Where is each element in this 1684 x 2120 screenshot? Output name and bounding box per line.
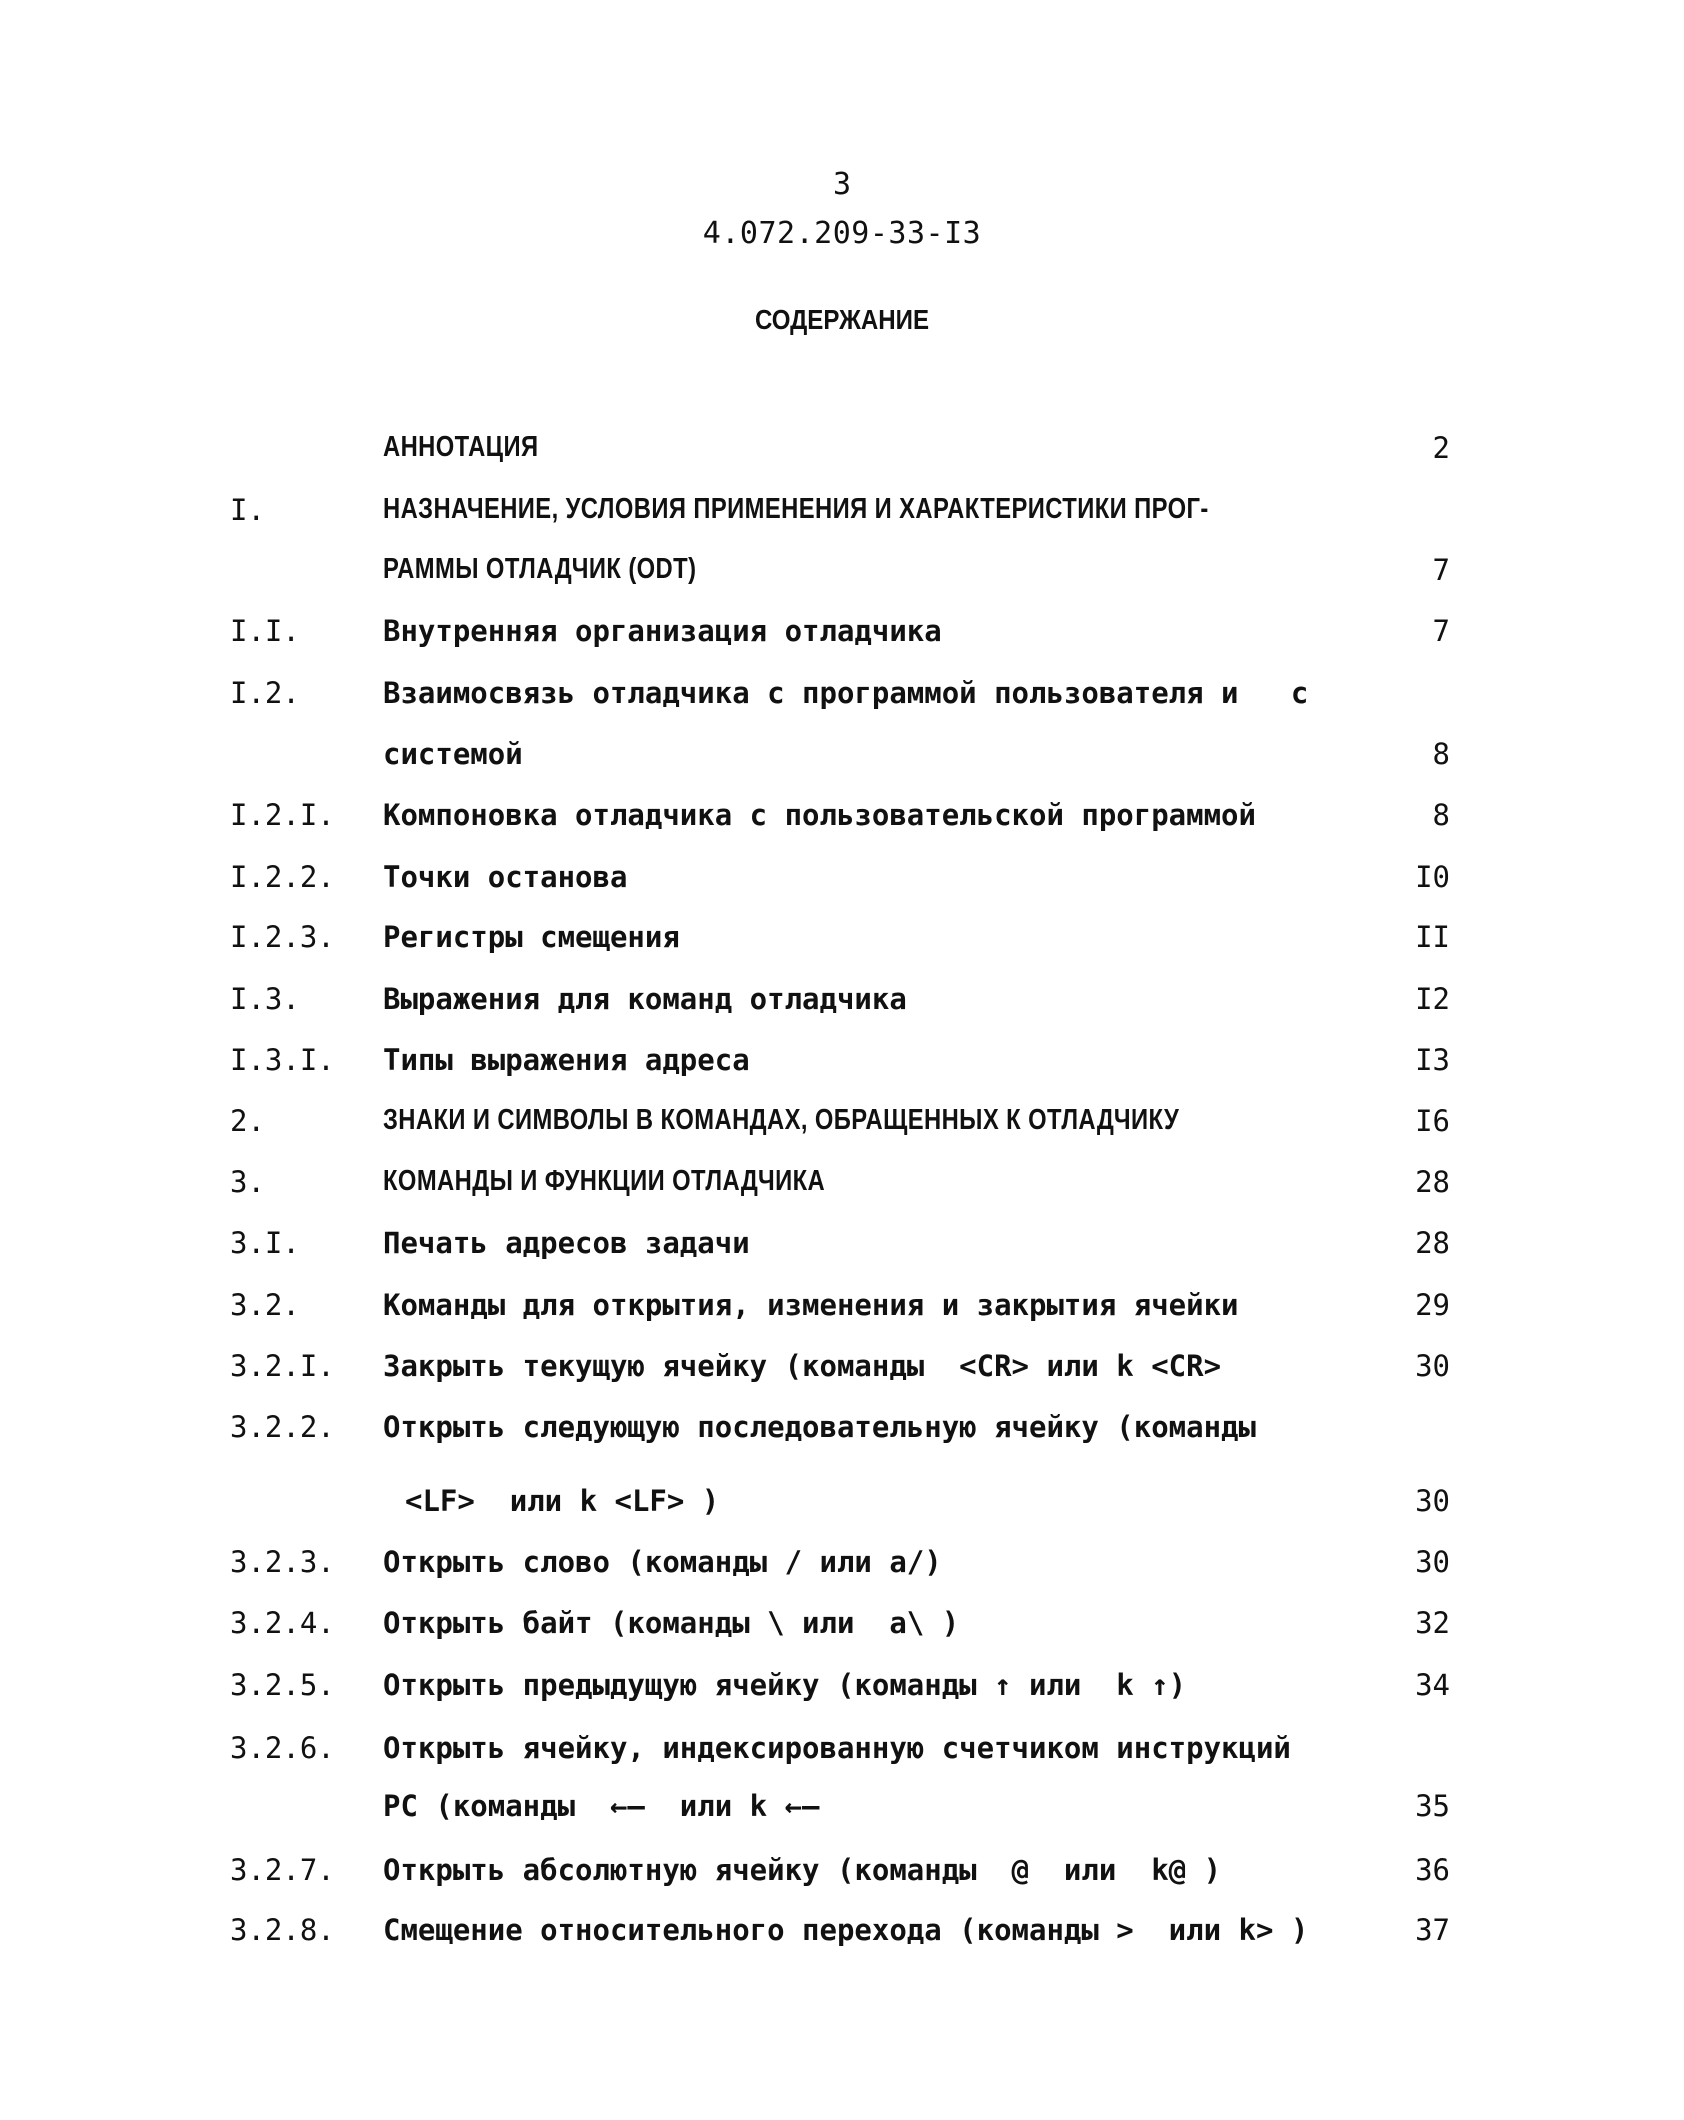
toc-entry-page: 30 (1415, 1349, 1450, 1383)
toc-entry-page: 28 (1415, 1165, 1450, 1199)
toc-entry-number: I. (230, 493, 265, 527)
toc-entry-page: 7 (1433, 614, 1450, 648)
toc-entry-title: РАММЫ ОТЛАДЧИК (ODT) (383, 553, 696, 586)
toc-entry-title: Открыть байт (команды \ или a\ ) (383, 1606, 959, 1640)
toc-entry: 3.2.8.Смещение относительного перехода (… (0, 1913, 1684, 1953)
toc-entry-page: 28 (1415, 1226, 1450, 1260)
toc-entry: АННОТАЦИЯ2 (0, 431, 1684, 471)
toc-entry-page: 2 (1433, 431, 1450, 465)
toc-entry-title: Открыть предыдущую ячейку (команды ↑ или… (383, 1668, 1186, 1702)
toc-entry: 3.I.Печать адресов задачи28 (0, 1226, 1684, 1266)
toc-entry: 3.2.6.Открыть ячейку, индексированную сч… (0, 1731, 1684, 1771)
toc-entry-title: Команды для открытия, изменения и закрыт… (383, 1288, 1239, 1322)
toc-entry: 3.2.2.Открыть следующую последовательную… (0, 1410, 1684, 1450)
toc-entry-title: Открыть следующую последовательную ячейк… (383, 1410, 1256, 1444)
toc-entry-number: 3.2.6. (230, 1731, 335, 1765)
toc-entry-title: АННОТАЦИЯ (383, 431, 538, 464)
toc-entry-page: 34 (1415, 1668, 1450, 1702)
toc-entry-page: 32 (1415, 1606, 1450, 1640)
toc-entry-number: I.2. (230, 676, 300, 710)
toc-entry: системой8 (0, 737, 1684, 777)
toc-entry: 3.2.7.Открыть абсолютную ячейку (команды… (0, 1853, 1684, 1893)
toc-entry-number: I.I. (230, 614, 300, 648)
toc-entry: РАММЫ ОТЛАДЧИК (ODT)7 (0, 553, 1684, 593)
toc-entry-page: 36 (1415, 1853, 1450, 1887)
toc-entry-title: Закрыть текущую ячейку (команды <CR> или… (383, 1349, 1221, 1383)
toc-entry-number: I.3. (230, 982, 300, 1016)
toc-entry: 3.2.4.Открыть байт (команды \ или a\ )32 (0, 1606, 1684, 1646)
toc-title: СОДЕРЖАНИЕ (118, 306, 1566, 334)
toc-entry-title: Типы выражения адреса (383, 1043, 750, 1077)
toc-entry-title: Компоновка отладчика с пользовательской … (383, 798, 1256, 832)
toc-entry-page: 30 (1415, 1545, 1450, 1579)
toc-entry-page: I3 (1415, 1043, 1450, 1077)
toc-entry: I.3.Выражения для команд отладчикаI2 (0, 982, 1684, 1022)
toc-entry-number: 3. (230, 1165, 265, 1199)
toc-entry: 3.КОМАНДЫ И ФУНКЦИИ ОТЛАДЧИКА28 (0, 1165, 1684, 1205)
toc-entry-title: Внутренняя организация отладчика (383, 614, 942, 648)
toc-entry-number: 3.2.5. (230, 1668, 335, 1702)
toc-entry-title: системой (383, 737, 523, 771)
toc-entry-page: 29 (1415, 1288, 1450, 1322)
toc-entry: I.2.Взаимосвязь отладчика с программой п… (0, 676, 1684, 716)
toc-entry: I.2.3.Регистры смещенияII (0, 920, 1684, 960)
toc-entry-title: Выражения для команд отладчика (383, 982, 907, 1016)
toc-entry-number: 3.2.2. (230, 1410, 335, 1444)
toc-entry-title: PC (команды ←— или k ←— (383, 1789, 820, 1823)
toc-entry-number: I.2.I. (230, 798, 335, 832)
toc-entry-number: I.2.3. (230, 920, 335, 954)
toc-entry-page: 8 (1433, 737, 1450, 771)
toc-entry-number: 3.2.3. (230, 1545, 335, 1579)
toc-entry-title: Регистры смещения (383, 920, 680, 954)
toc-entry-page: 37 (1415, 1913, 1450, 1947)
toc-entry: 3.2.3.Открыть слово (команды / или a/)30 (0, 1545, 1684, 1585)
toc-entry-number: 3.I. (230, 1226, 300, 1260)
toc-entry: I.3.I.Типы выражения адресаI3 (0, 1043, 1684, 1083)
toc-entry-title: Открыть абсолютную ячейку (команды @ или… (383, 1853, 1221, 1887)
toc-entry-number: 3.2. (230, 1288, 300, 1322)
toc-entry-page: 7 (1433, 553, 1450, 587)
toc-entry-number: 3.2.4. (230, 1606, 335, 1640)
toc-entry-title: Открыть ячейку, индексированную счетчико… (383, 1731, 1291, 1765)
toc-entry-title: Печать адресов задачи (383, 1226, 750, 1260)
toc-entry-title: Смещение относительного перехода (команд… (383, 1913, 1308, 1947)
document-code: 4.072.209-33-I3 (0, 219, 1684, 249)
toc-entry: I.НАЗНАЧЕНИЕ, УСЛОВИЯ ПРИМЕНЕНИЯ И ХАРАК… (0, 493, 1684, 533)
toc-entry-title: Точки останова (383, 860, 627, 894)
toc-entry: <LF> или k <LF> )30 (0, 1484, 1684, 1524)
toc-entry-page: II (1415, 920, 1450, 954)
toc-entry-title: Открыть слово (команды / или a/) (383, 1545, 942, 1579)
toc-entry: I.2.I.Компоновка отладчика с пользовател… (0, 798, 1684, 838)
toc-entry-page: I2 (1415, 982, 1450, 1016)
toc-entry-page: I0 (1415, 860, 1450, 894)
toc-entry-title: НАЗНАЧЕНИЕ, УСЛОВИЯ ПРИМЕНЕНИЯ И ХАРАКТЕ… (383, 493, 1209, 526)
toc-entry-number: I.2.2. (230, 860, 335, 894)
toc-entry-number: 3.2.7. (230, 1853, 335, 1887)
toc-entry: 3.2.I.Закрыть текущую ячейку (команды <C… (0, 1349, 1684, 1389)
toc-entry-title: <LF> или k <LF> ) (405, 1484, 719, 1518)
toc-entry-title: ЗНАКИ И СИМВОЛЫ В КОМАНДАХ, ОБРАЩЕННЫХ К… (383, 1104, 1179, 1137)
toc-entry: 2.ЗНАКИ И СИМВОЛЫ В КОМАНДАХ, ОБРАЩЕННЫХ… (0, 1104, 1684, 1144)
toc-entry-number: I.3.I. (230, 1043, 335, 1077)
toc-entry: PC (команды ←— или k ←—35 (0, 1789, 1684, 1829)
toc-entry-number: 3.2.I. (230, 1349, 335, 1383)
toc-entry-title: Взаимосвязь отладчика с программой польз… (383, 676, 1308, 710)
page-number: 3 (0, 170, 1684, 200)
toc-entry-title: КОМАНДЫ И ФУНКЦИИ ОТЛАДЧИКА (383, 1165, 825, 1198)
toc-entry-page: I6 (1415, 1104, 1450, 1138)
toc-entry-page: 8 (1433, 798, 1450, 832)
toc-entry: 3.2.5.Открыть предыдущую ячейку (команды… (0, 1668, 1684, 1708)
toc-entry: 3.2.Команды для открытия, изменения и за… (0, 1288, 1684, 1328)
toc-entry-page: 35 (1415, 1789, 1450, 1823)
toc-entry-page: 30 (1415, 1484, 1450, 1518)
toc-entry-number: 2. (230, 1104, 265, 1138)
toc-entry: I.I.Внутренняя организация отладчика7 (0, 614, 1684, 654)
toc-entry-number: 3.2.8. (230, 1913, 335, 1947)
toc-entry: I.2.2.Точки остановаI0 (0, 860, 1684, 900)
